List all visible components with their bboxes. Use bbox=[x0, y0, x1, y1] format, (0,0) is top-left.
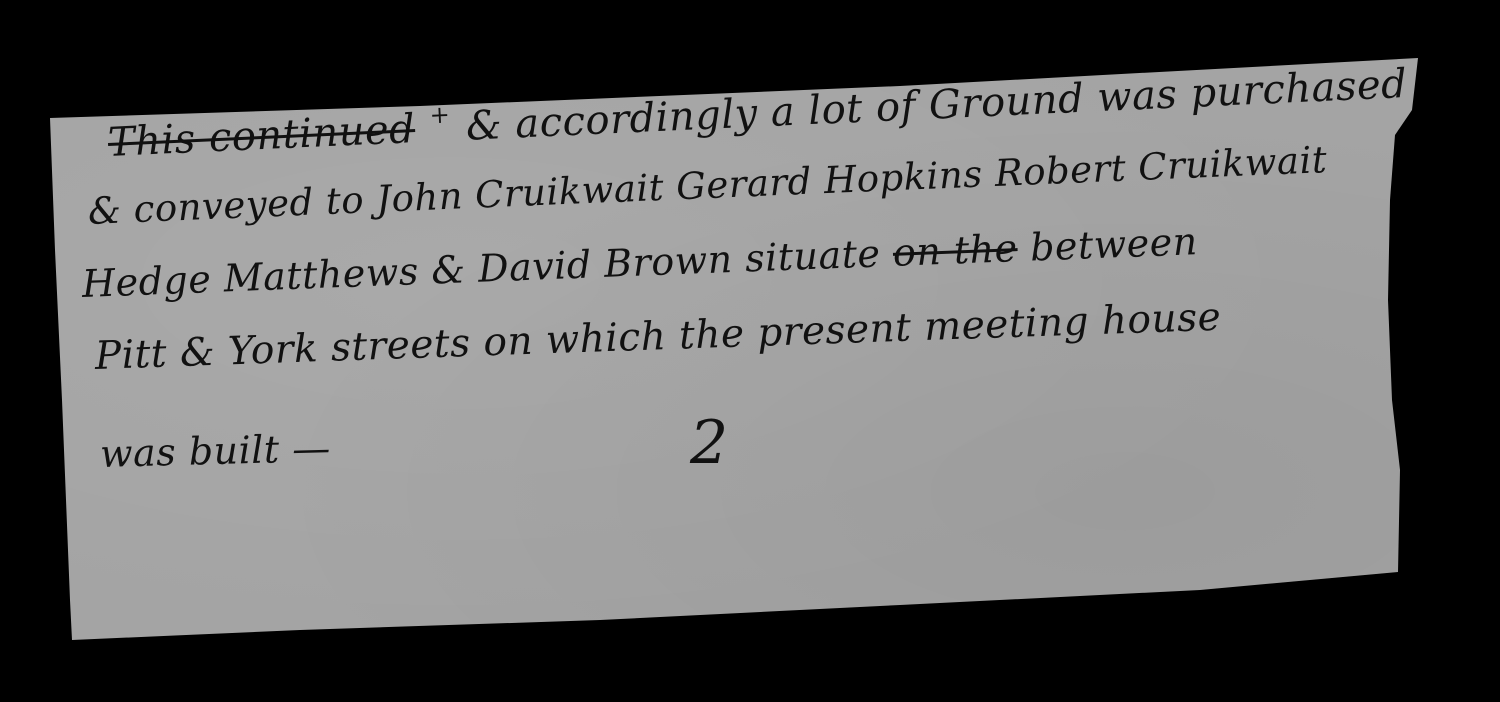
line-text: was built — bbox=[99, 426, 331, 476]
struck-text: on the bbox=[892, 226, 1018, 275]
manuscript-line-5: was built — bbox=[99, 426, 331, 476]
page-number: 2 bbox=[690, 408, 728, 478]
line-text: between bbox=[1029, 219, 1198, 269]
insert-mark: + bbox=[429, 100, 451, 129]
